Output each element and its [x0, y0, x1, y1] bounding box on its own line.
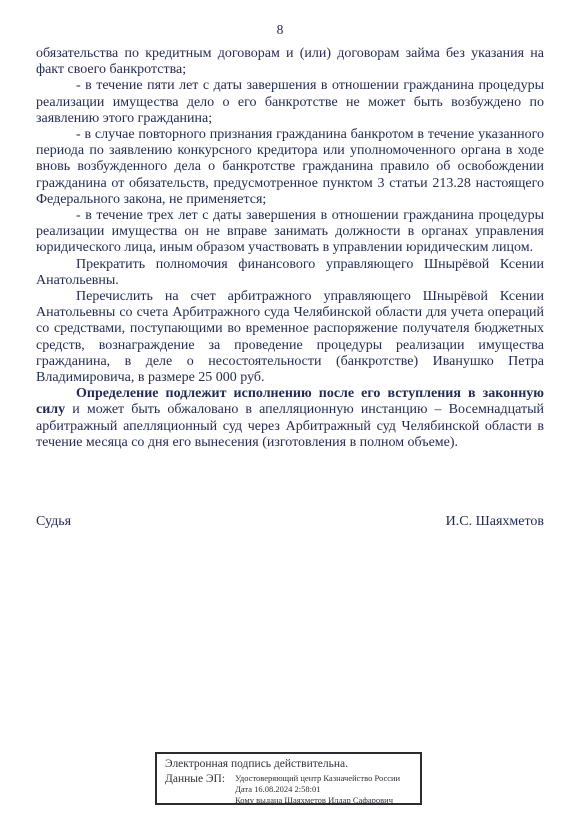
stamp-details: Удостоверяющий центр Казначейство России… [235, 773, 400, 805]
signature-row: Судья И.С. Шаяхметов [36, 514, 544, 530]
signature-role: Судья [36, 514, 71, 530]
paragraph-appeal: Определение подлежит исполнению после ег… [36, 386, 544, 451]
page-number: 8 [35, 22, 525, 38]
paragraph-restriction-three-years: - в течение трех лет с даты завершения в… [36, 208, 544, 257]
stamp-date: Дата 16.08.2024 2:58:01 [235, 784, 400, 795]
document-body: обязательства по кредитным договорам и (… [36, 46, 544, 451]
paragraph-continuation: обязательства по кредитным договорам и (… [36, 46, 544, 78]
signature-name: И.С. Шаяхметов [446, 514, 544, 530]
stamp-validity-line: Электронная подпись действительна. [165, 758, 414, 771]
paragraph-restriction-five-years: - в течение пяти лет с даты завершения в… [36, 78, 544, 127]
stamp-issued-to: Кому выдана Шаяхметов Илдар Сафарович [235, 795, 400, 806]
stamp-certificate-authority: Удостоверяющий центр Казначейство России [235, 773, 400, 784]
paragraph-appeal-rest: и может быть обжаловано в апелляционную … [36, 402, 544, 449]
paragraph-terminate-manager: Прекратить полномочия финансового управл… [36, 257, 544, 289]
stamp-data-label: Данные ЭП: [165, 773, 225, 785]
stamp-data-row: Данные ЭП: Удостоверяющий центр Казначей… [165, 773, 414, 805]
paragraph-transfer-fee: Перечислить на счет арбитражного управля… [36, 289, 544, 386]
document-page: 8 обязательства по кредитным договорам и… [0, 0, 587, 832]
paragraph-repeat-bankruptcy: - в случае повторного признания граждани… [36, 127, 544, 208]
e-signature-stamp: Электронная подпись действительна. Данны… [155, 752, 422, 805]
